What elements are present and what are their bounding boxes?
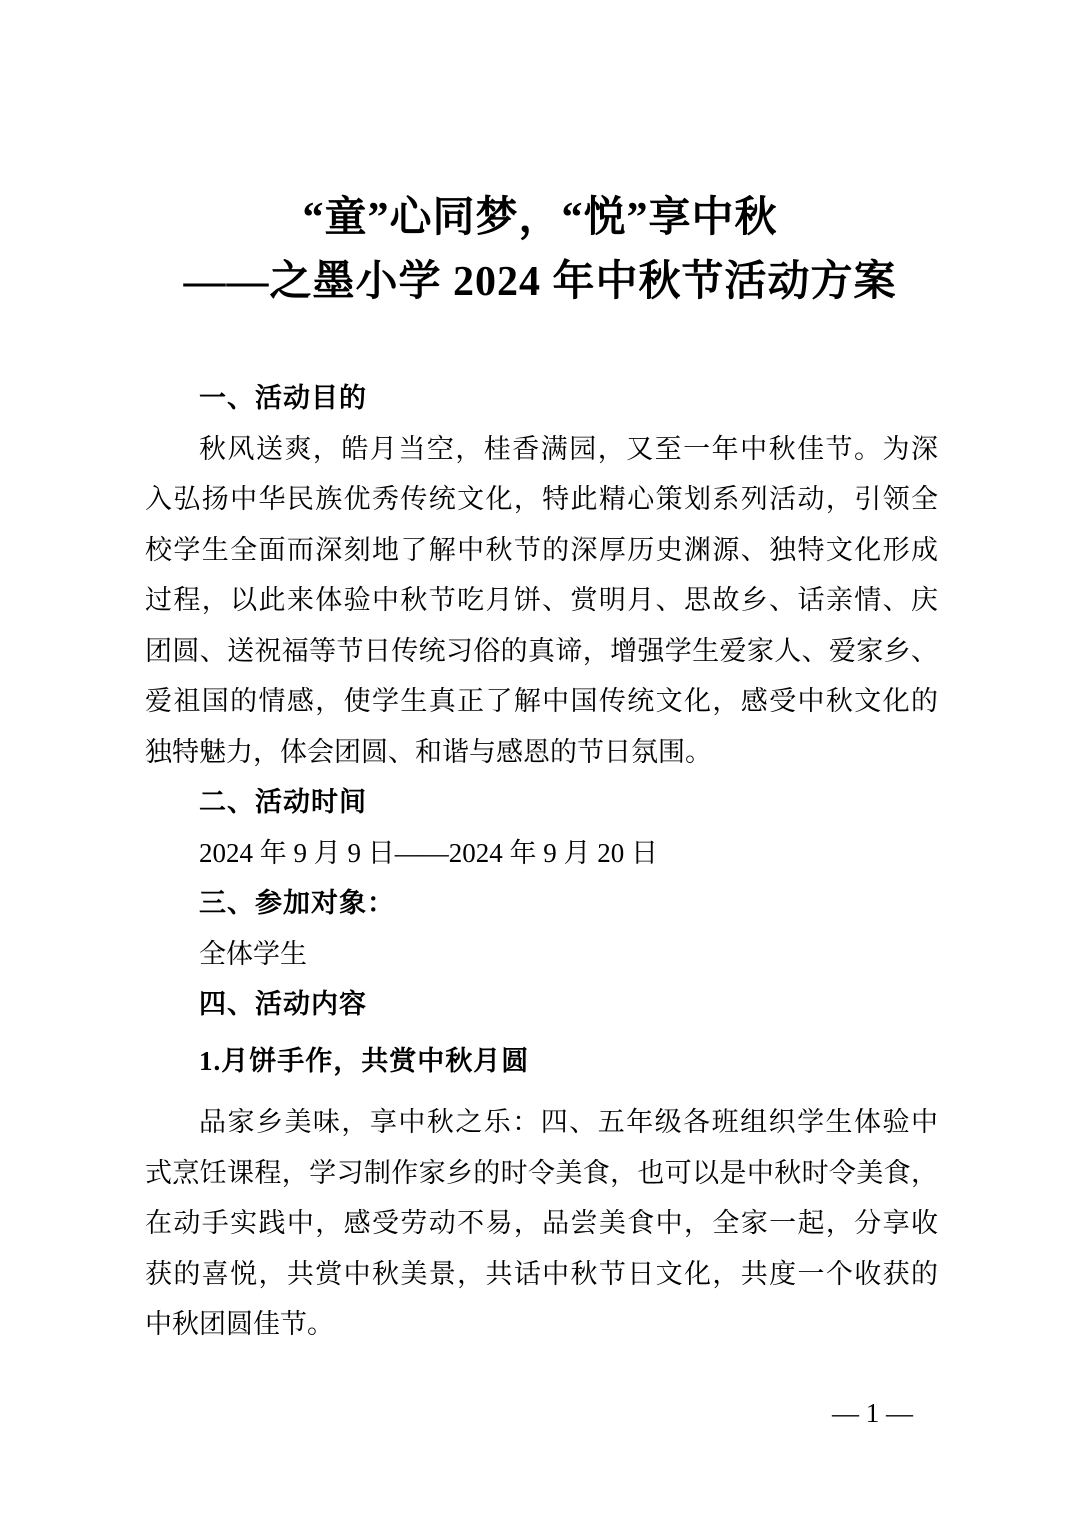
- document-body: 一、活动目的 秋风送爽，皓月当空，桂香满园，又至一年中秋佳节。为深 入弘扬中华民…: [145, 373, 938, 1350]
- heading-participants: 三、参加对象：: [145, 878, 938, 929]
- paragraph-line: 爱祖国的情感，使学生真正了解中国传统文化，感受中秋文化的: [145, 676, 938, 727]
- document-title: “童”心同梦，“悦”享中秋 ——之墨小学 2024 年中秋节活动方案: [0, 186, 1080, 314]
- paragraph-line: 团圆、送祝福等节日传统习俗的真谛，增强学生爱家人、爱家乡、: [145, 626, 938, 677]
- paragraph-line: 品家乡美味，享中秋之乐：四、五年级各班组织学生体验中: [145, 1097, 938, 1148]
- heading-activity-content: 四、活动内容: [145, 979, 938, 1030]
- paragraph-line: 中秋团圆佳节。: [145, 1299, 938, 1350]
- activity-date-range: 2024 年 9 月 9 日——2024 年 9 月 20 日: [145, 828, 938, 879]
- participants-value: 全体学生: [145, 929, 938, 980]
- paragraph-line: 在动手实践中，感受劳动不易，品尝美食中，全家一起，分享收: [145, 1198, 938, 1249]
- paragraph-line: 式烹饪课程，学习制作家乡的时令美食，也可以是中秋时令美食，: [145, 1148, 938, 1199]
- paragraph-line: 秋风送爽，皓月当空，桂香满园，又至一年中秋佳节。为深: [145, 424, 938, 475]
- heading-activity-purpose: 一、活动目的: [145, 373, 938, 424]
- paragraph-line: 获的喜悦，共赏中秋美景，共话中秋节日文化，共度一个收获的: [145, 1249, 938, 1300]
- heading-activity-time: 二、活动时间: [145, 777, 938, 828]
- paragraph-line: 校学生全面而深刻地了解中秋节的深厚历史渊源、独特文化形成: [145, 525, 938, 576]
- paragraph-line: 入弘扬中华民族优秀传统文化，特此精心策划系列活动，引领全: [145, 474, 938, 525]
- subheading-mooncake-activity: 1.月饼手作，共赏中秋月圆: [145, 1036, 938, 1087]
- document-title-line1: “童”心同梦，“悦”享中秋: [0, 186, 1080, 250]
- paragraph-line: 独特魅力，体会团圆、和谐与感恩的节日氛围。: [145, 727, 938, 778]
- page-number: — 1 —: [832, 1396, 913, 1430]
- document-title-line2: ——之墨小学 2024 年中秋节活动方案: [0, 250, 1080, 314]
- document-page: “童”心同梦，“悦”享中秋 ——之墨小学 2024 年中秋节活动方案 一、活动目…: [0, 0, 1080, 1527]
- paragraph-line: 过程，以此来体验中秋节吃月饼、赏明月、思故乡、话亲情、庆: [145, 575, 938, 626]
